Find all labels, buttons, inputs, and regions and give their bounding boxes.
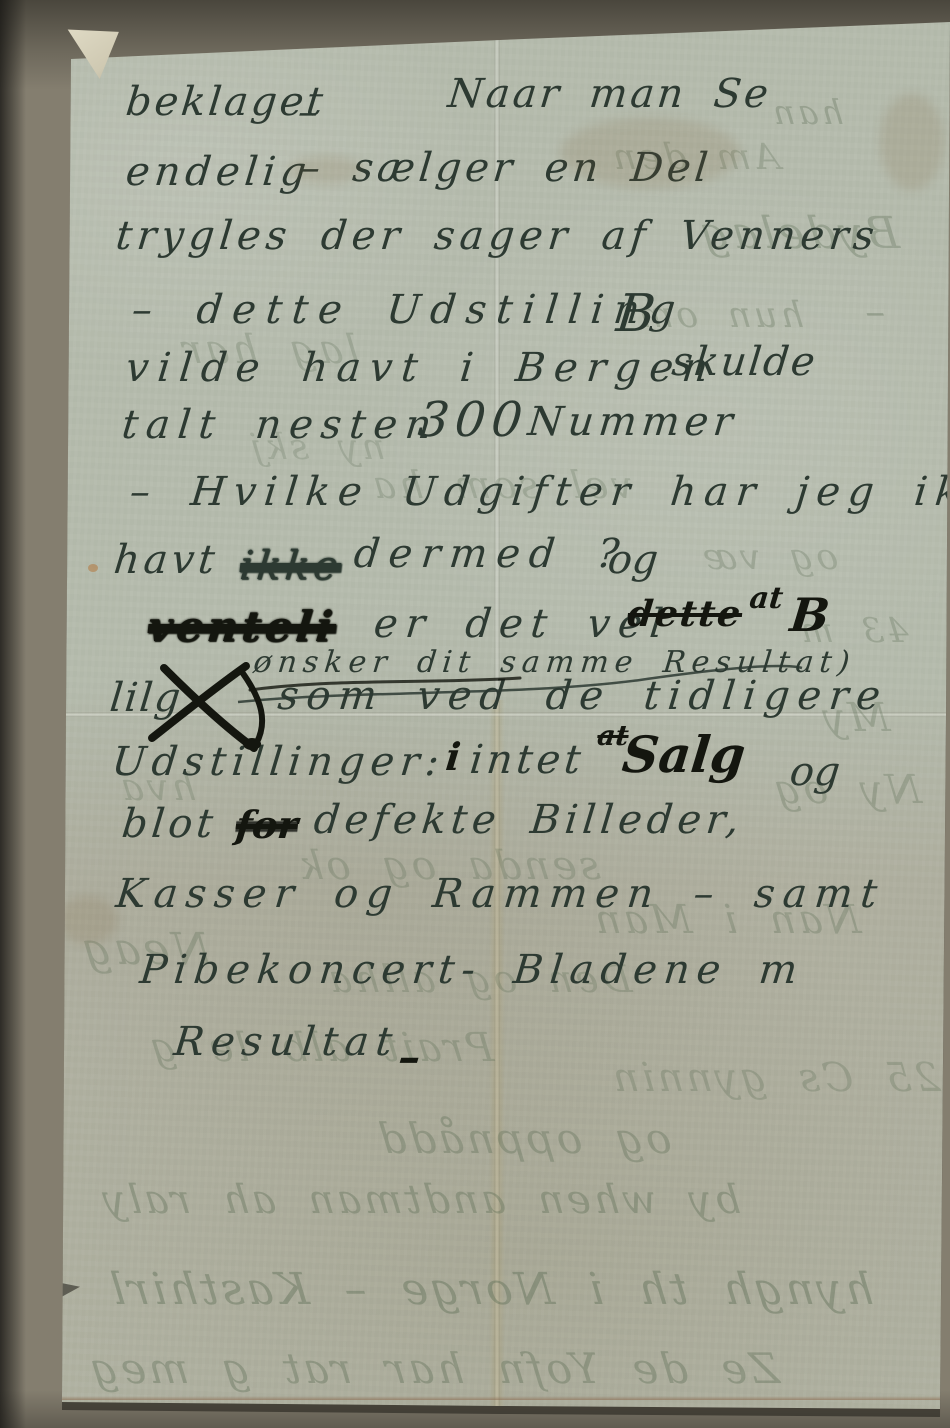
- ink-word: for: [234, 806, 300, 844]
- ink-word: Pibekoncert- Bladene m: [138, 950, 806, 990]
- ink-word: 300: [416, 396, 531, 444]
- ink-word: blot: [120, 804, 219, 844]
- ink-word: Udstillinger:: [110, 742, 447, 782]
- ink-smudge: [560, 118, 740, 188]
- ink-word: endelig: [124, 152, 313, 192]
- ink-word: trygles der sager af Venners: [114, 216, 881, 256]
- ink-word: –: [296, 92, 320, 132]
- ink-word: at: [748, 584, 784, 614]
- ink-word: havt: [112, 540, 220, 580]
- ink-word: i: [444, 738, 462, 776]
- ink-word: Resultat: [172, 1022, 401, 1062]
- ink-word: dette: [626, 596, 744, 632]
- ink-word: Nummer: [526, 402, 740, 442]
- ink-word: talt nesten: [120, 405, 441, 445]
- paper-stain-dot: [88, 564, 98, 572]
- handwriting-layer: beklaget–Naar man Seendelig– sælger en D…: [0, 0, 950, 1428]
- ink-word: dermed ?: [352, 534, 630, 574]
- ink-word: Naar man Se: [446, 74, 773, 114]
- ink-word: skulde: [670, 342, 819, 382]
- ink-word: som ved de tidligere: [276, 676, 890, 716]
- ink-word: og: [606, 540, 660, 580]
- ink-word: defekte Billeder,: [312, 800, 746, 840]
- ink-smudge: [880, 94, 944, 190]
- ink-word: lilg: [108, 678, 184, 718]
- ink-word: B: [614, 288, 658, 340]
- ink-word: Salg: [620, 730, 748, 780]
- ink-smudge: [58, 896, 118, 944]
- letter-paper: hanAm denBydelaghun om–lag harny skjvel …: [0, 0, 950, 1428]
- ink-word: vilde havt i Bergen: [124, 348, 719, 388]
- ink-word: Kasser og Rammen – samt: [114, 874, 887, 914]
- letter-scan: hanAm denBydelaghun om–lag harny skjvel …: [0, 0, 950, 1428]
- ink-word: og: [788, 752, 842, 792]
- ink-word: intet: [468, 740, 587, 780]
- ink-word: – dette Udstilling: [130, 290, 687, 330]
- ink-word: venteli: [146, 606, 338, 648]
- ink-word: ikke: [238, 546, 343, 586]
- ink-word: B: [788, 592, 832, 638]
- ink-smudge: [288, 156, 364, 184]
- ink-word: –: [396, 1036, 423, 1080]
- ink-word: – Hvilke Udgifter har jeg ikke: [128, 472, 950, 512]
- mat-left-shading: [0, 0, 26, 1428]
